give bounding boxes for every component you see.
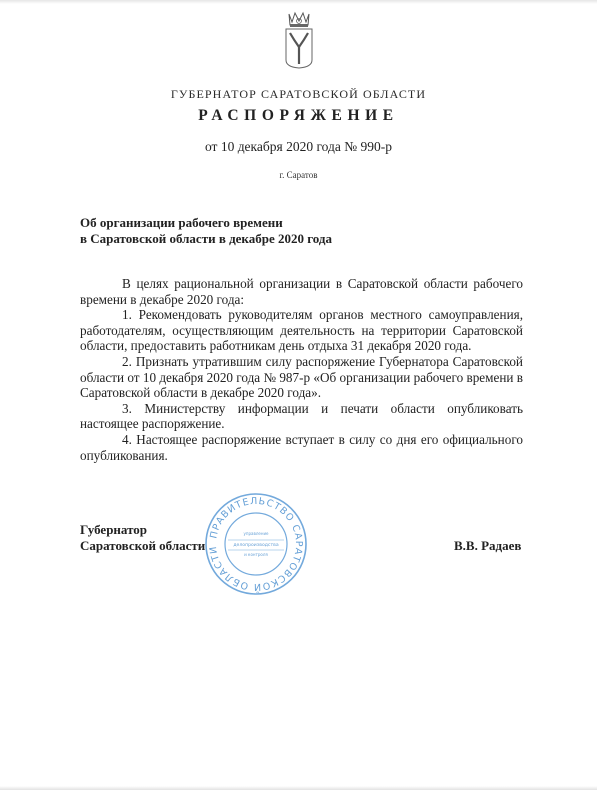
document-subject: Об организации рабочего времени в Сарато… xyxy=(80,215,332,247)
page-edge-bottom xyxy=(0,786,597,790)
signatory-title: Губернатор Саратовской области xyxy=(80,522,205,554)
document-type-heading: РАСПОРЯЖЕНИЕ xyxy=(0,107,597,125)
signatory-name: В.В. Радаев xyxy=(454,538,521,554)
subject-line: в Саратовской области в декабре 2020 год… xyxy=(80,231,332,247)
body-paragraph-4: 4. Настоящее распоряжение вступает в сил… xyxy=(80,432,523,463)
body-paragraph-2: 2. Признать утратившим силу распоряжение… xyxy=(80,354,523,401)
svg-text:управление: управление xyxy=(243,531,269,536)
coat-of-arms-icon xyxy=(282,10,316,70)
issuer-heading: ГУБЕРНАТОР САРАТОВСКОЙ ОБЛАСТИ xyxy=(0,87,597,102)
document-date-number: от 10 декабря 2020 года № 990-р xyxy=(0,139,597,155)
body-paragraph-1: 1. Рекомендовать руководителям органов м… xyxy=(80,307,523,354)
official-stamp-icon: ПРАВИТЕЛЬСТВО САРАТОВСКОЙ ОБЛАСТИ управл… xyxy=(204,492,308,596)
document-body: В целях рациональной организации в Сарат… xyxy=(80,276,523,463)
svg-text:и контроля: и контроля xyxy=(244,552,268,557)
signatory-title-line: Губернатор xyxy=(80,522,205,538)
body-paragraph-preamble: В целях рациональной организации в Сарат… xyxy=(80,276,523,307)
page-edge-top xyxy=(0,0,597,4)
signatory-title-line: Саратовской области xyxy=(80,538,205,554)
body-paragraph-3: 3. Министерству информации и печати обла… xyxy=(80,401,523,432)
subject-line: Об организации рабочего времени xyxy=(80,215,332,231)
svg-text:делопроизводства: делопроизводства xyxy=(233,543,279,548)
document-city: г. Саратов xyxy=(0,170,597,180)
document-page: ГУБЕРНАТОР САРАТОВСКОЙ ОБЛАСТИ РАСПОРЯЖЕ… xyxy=(0,0,597,790)
